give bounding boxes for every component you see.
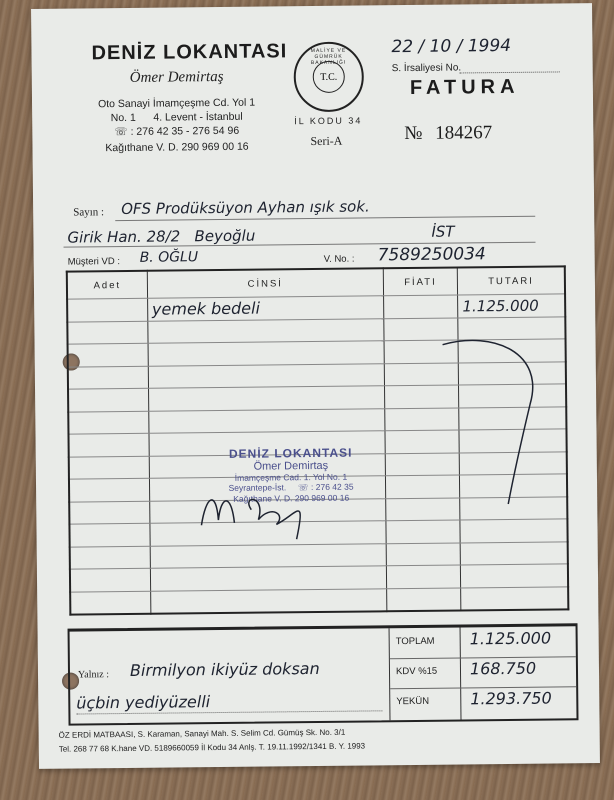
number-sign: №	[404, 123, 422, 144]
address-line1: Oto Sanayi İmamçeşme Cd. Yol 1	[84, 96, 269, 110]
invoice-title: FATURA	[410, 76, 520, 100]
invoice-number: № 184267	[404, 122, 492, 145]
totals-grid: TOPLAM 1.125.000 KDV %15 168.750 YEKÜN 1…	[389, 626, 577, 720]
yekun-row: YEKÜN 1.293.750	[390, 686, 576, 718]
totals-box: Yalnız : Birmilyon ikiyüz doksan üçbin y…	[68, 623, 579, 725]
phone: ☏ : 276 42 35 - 276 54 96	[84, 124, 269, 138]
seri: Seri-A	[310, 134, 342, 149]
seal-center: T.C.	[313, 61, 345, 93]
customer-vd: B. OĞLU	[140, 249, 199, 266]
business-name: DENİZ LOKANTASI	[91, 40, 287, 65]
printer-footer-line1: ÖZ ERDİ MATBAASI, S. Karaman, Sanayi Mah…	[59, 728, 346, 740]
yalniz-label: Yalnız :	[78, 669, 109, 680]
customer-city: İST	[431, 223, 454, 241]
owner-name: Ömer Demirtaş	[130, 69, 224, 87]
irsaliye-label: S. İrsaliyesi No.	[392, 62, 462, 74]
customer-vno: 7589250034	[378, 244, 486, 265]
customer-address: Girik Han. 28/2 Beyoğlu	[67, 227, 255, 247]
address-line2: No. 1 4. Levent - İstanbul	[84, 110, 269, 124]
strike-through-mark	[434, 334, 546, 515]
signature	[196, 484, 337, 545]
vd-label: Müşteri VD :	[68, 256, 120, 268]
invoice-date: 22 / 10 / 1994	[391, 36, 511, 57]
printer-footer-line2: Tel. 268 77 68 K.hane VD. 5189660059 İl …	[59, 742, 365, 754]
customer-name: OFS Prodüksüyon Ayhan ışık sok.	[121, 197, 370, 218]
toplam-row: TOPLAM 1.125.000	[390, 626, 576, 659]
il-kodu: İL KODU 34	[294, 115, 362, 126]
tax-office: Kağıthane V. D. 290 969 00 16	[84, 140, 269, 154]
amount-in-words-1: Birmilyon ikiyüz doksan	[130, 659, 320, 680]
amount-in-words-2: üçbin yediyüzelli	[76, 692, 210, 712]
tc-seal-icon: MALİYE VE GÜMRÜK BAKANLIĞI T.C.	[293, 41, 364, 112]
kdv-row: KDV %15 168.750	[390, 656, 576, 689]
sayin-label: Sayın :	[73, 206, 104, 218]
invoice-paper: DENİZ LOKANTASI Ömer Demirtaş Oto Sanayi…	[31, 3, 600, 769]
table-row	[70, 586, 568, 614]
vno-label: V. No. :	[324, 254, 355, 265]
irsaliye-line	[460, 71, 560, 73]
